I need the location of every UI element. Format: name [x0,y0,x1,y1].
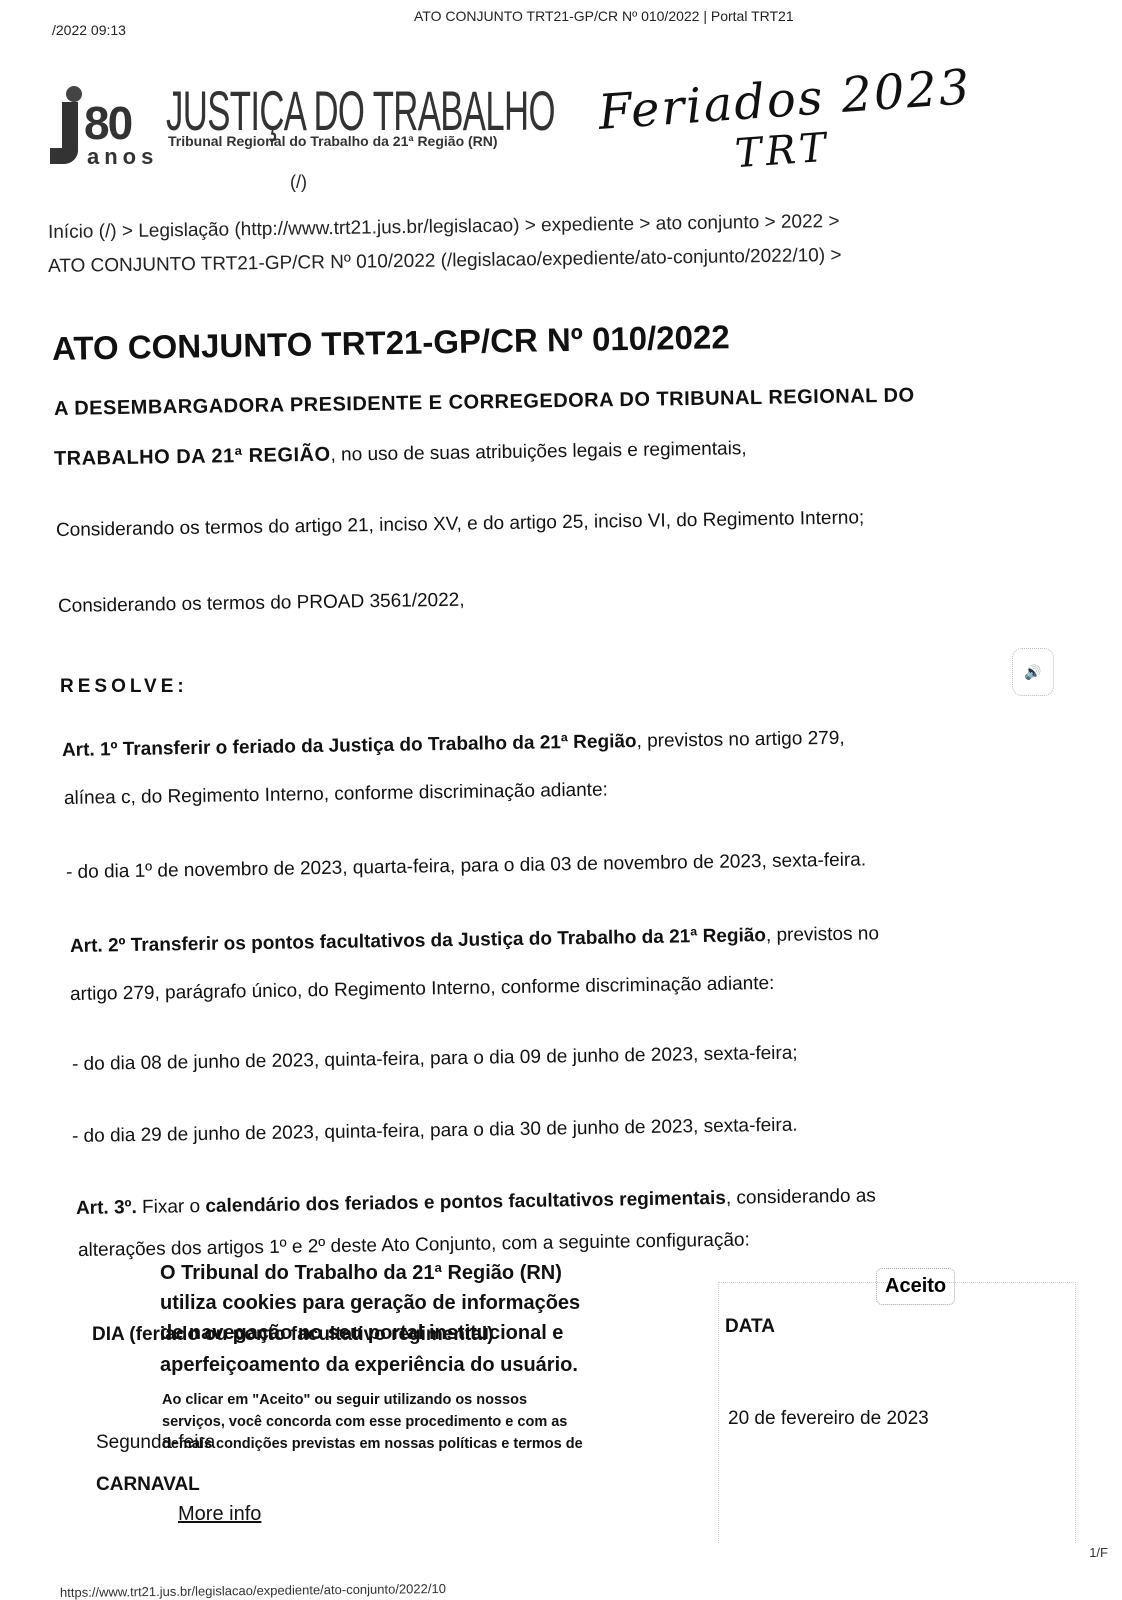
cookie-title-line4: aperfeiçoamento da experiência do usuári… [160,1354,578,1377]
art3-bold: calendário dos feriados e pontos faculta… [205,1188,726,1217]
cookie-text-line3: demais condições previstas em nossas pol… [162,1436,583,1452]
logo-80-anos[interactable]: 80 anos [42,92,157,174]
breadcrumb-line1[interactable]: Início (/) > Legislação (http://www.trt2… [48,211,840,244]
considerando-1: Considerando os termos do artigo 21, inc… [56,507,865,542]
accept-cookies-button[interactable]: Aceito [876,1268,955,1305]
breadcrumb-line2[interactable]: ATO CONJUNTO TRT21-GP/CR Nº 010/2022 (/l… [48,245,842,278]
print-page-number: 1/F [1089,1545,1108,1560]
considerando-2: Considerando os termos do PROAD 3561/202… [58,590,465,618]
handwritten-note-line2: TRT [734,125,832,177]
logo-dot-icon [66,86,82,102]
art3-label: Art. 3º. [76,1197,137,1219]
more-info-link[interactable]: More info [178,1503,261,1526]
preamble-bold: TRABALHO DA 21ª REGIÃO [54,444,331,470]
cookie-title-line3: de navegação no seu portal institucional… [160,1322,563,1345]
art3-text: Fixar o [137,1196,206,1218]
art2-line2: artigo 279, parágrafo único, do Regiment… [70,973,775,1006]
art1-line2: alínea c, do Regimento Interno, conforme… [64,779,608,810]
art1-rest: , previstos no artigo 279, [636,728,844,752]
art2-line1: Art. 2º Transferir os pontos facultativo… [70,923,879,958]
preamble-rest: , no uso de suas atribuições legais e re… [330,438,746,466]
print-datetime: /2022 09:13 [52,22,126,38]
art3-line2: alterações dos artigos 1º e 2º deste Ato… [78,1229,750,1262]
brand-subtitle: Tribunal Regional do Trabalho da 21ª Reg… [168,133,498,149]
table-row-name: CARNAVAL [96,1474,200,1496]
art1-item1: - do dia 1º de novembro de 2023, quarta-… [66,849,866,884]
resolve-heading: RESOLVE: [60,676,188,698]
print-footer-url: https://www.trt21.jus.br/legislacao/expe… [60,1581,446,1600]
preamble-line2: TRABALHO DA 21ª REGIÃO, no uso de suas a… [54,437,747,471]
table-row-date: 20 de fevereiro de 2023 [728,1408,929,1430]
logo-anos: anos [87,144,158,170]
cookie-text-line1: Ao clicar em "Aceito" ou seguir utilizan… [162,1392,527,1408]
speaker-icon: 🔊 [1024,664,1041,680]
audio-button[interactable]: 🔊 [1012,648,1054,696]
page-title: ATO CONJUNTO TRT21-GP/CR Nº 010/2022 [52,318,730,368]
preamble-line1: A DESEMBARGADORA PRESIDENTE E CORREGEDOR… [54,384,915,421]
art2-item1: - do dia 08 de junho de 2023, quinta-fei… [72,1043,798,1076]
logo-number: 80 [84,96,131,150]
logo-j-icon [50,102,78,164]
cookie-title-line2: utiliza cookies para geração de informaç… [160,1292,580,1315]
home-link[interactable]: (/) [290,172,307,193]
art2-item2: - do dia 29 de junho de 2023, quinta-fei… [72,1115,798,1148]
print-page-title: ATO CONJUNTO TRT21-GP/CR Nº 010/2022 | P… [414,8,794,24]
art2-rest: , previstos no [766,923,879,946]
cookie-text-line2: serviços, você concorda com esse procedi… [162,1414,567,1430]
art1-line1: Art. 1º Transferir o feriado da Justiça … [62,728,845,762]
art3-rest: , considerando as [726,1185,876,1208]
cookie-title-line1: O Tribunal do Trabalho da 21ª Região (RN… [160,1262,562,1285]
art1-bold: Art. 1º Transferir o feriado da Justiça … [62,731,637,761]
table-header-date: DATA [725,1316,775,1338]
art3-line1: Art. 3º. Fixar o calendário dos feriados… [76,1185,876,1220]
art2-bold: Art. 2º Transferir os pontos facultativo… [70,925,766,957]
